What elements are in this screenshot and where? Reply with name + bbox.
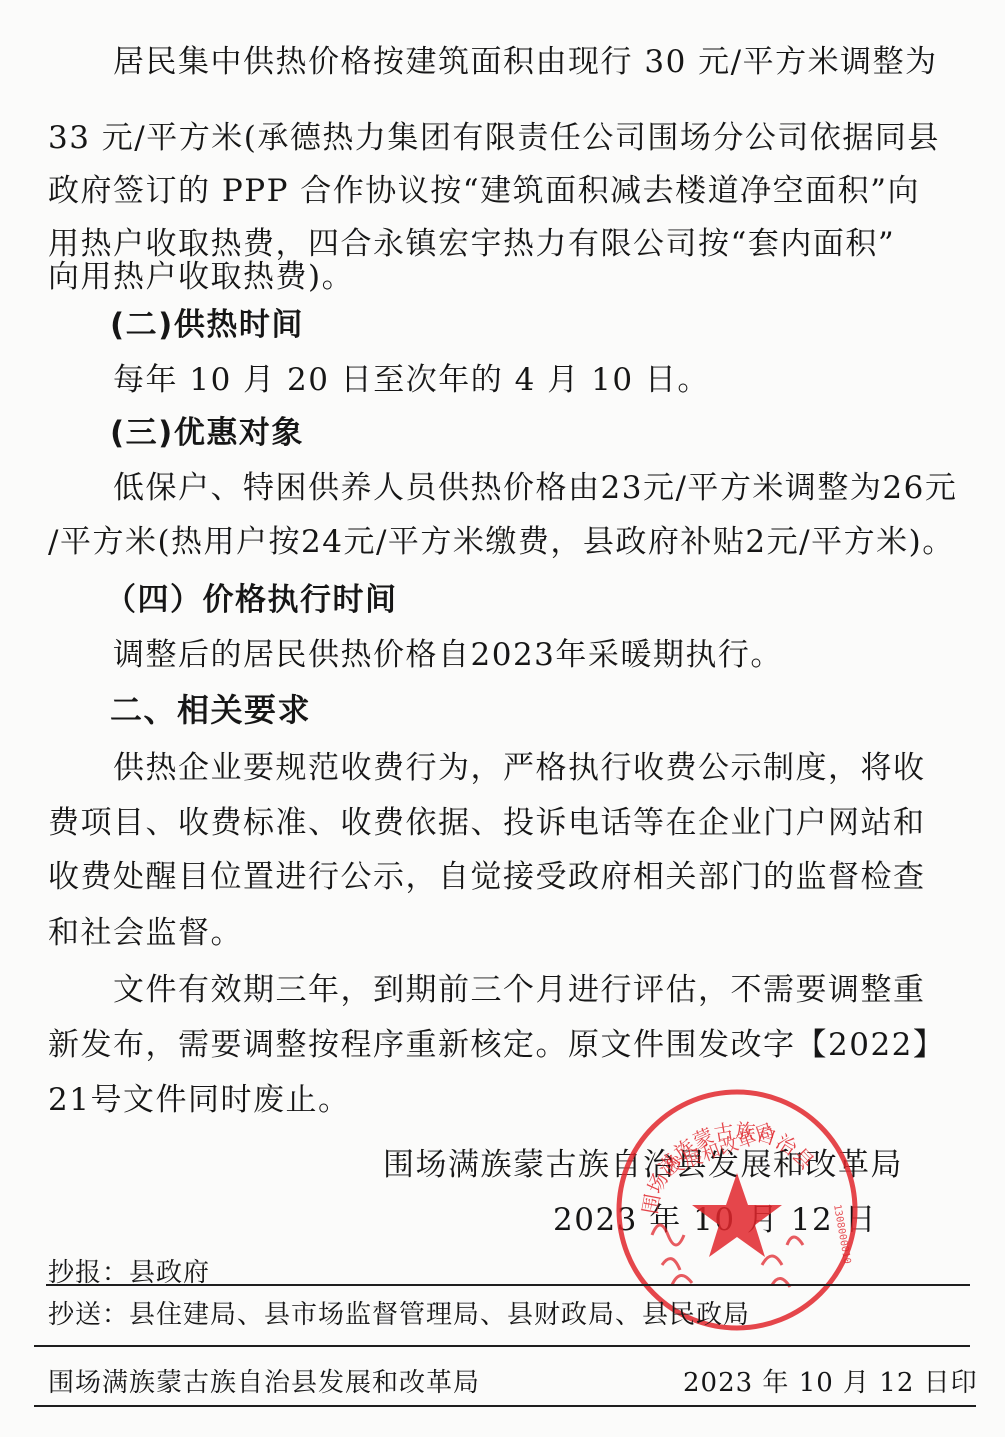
cc-send-label: 抄送： bbox=[48, 1300, 129, 1330]
paragraph-line: 供热企业要规范收费行为，严格执行收费公示制度，将收 bbox=[113, 748, 926, 788]
section-heading-effective-date: （四）价格执行时间 bbox=[105, 580, 398, 620]
paragraph-line: 文件有效期三年，到期前三个月进行评估，不需要调整重 bbox=[113, 970, 926, 1010]
section-heading-discount: (三)优惠对象 bbox=[110, 413, 304, 453]
paragraph-line: 费项目、收费标准、收费依据、投诉电话等在企业门户网站和 bbox=[48, 803, 926, 843]
paragraph-line: 和社会监督。 bbox=[48, 913, 243, 953]
part-heading-requirements: 二、相关要求 bbox=[110, 690, 311, 730]
section-heading-heating-time: (二)供热时间 bbox=[110, 305, 304, 345]
paragraph-line: 向用热户收取热费)。 bbox=[48, 257, 354, 297]
paragraph-line: 33 元/平方米(承德热力集团有限责任公司围场分公司依据同县 bbox=[48, 118, 940, 158]
divider bbox=[34, 1345, 970, 1347]
paragraph-line: 低保户、特困供养人员供热价格由23元/平方米调整为26元 bbox=[113, 468, 957, 508]
paragraph-line: 新发布，需要调整按程序重新核定。原文件围发改字【2022】 bbox=[48, 1025, 945, 1065]
divider bbox=[34, 1405, 976, 1407]
cc-send: 抄送：县住建局、县市场监督管理局、县财政局、县民政局 bbox=[48, 1298, 750, 1332]
issue-date: 2023 年 10 月 12 日 bbox=[553, 1200, 877, 1240]
section-text-effective-date: 调整后的居民供热价格自2023年采暖期执行。 bbox=[113, 635, 783, 675]
issuer-name: 围场满族蒙古族自治县发展和改革局 bbox=[383, 1145, 903, 1185]
paragraph-line: 21号文件同时废止。 bbox=[48, 1080, 350, 1120]
cc-send-value: 县住建局、县市场监督管理局、县财政局、县民政局 bbox=[129, 1300, 750, 1330]
divider bbox=[46, 1284, 970, 1286]
paragraph-line: 收费处醒目位置进行公示，自觉接受政府相关部门的监督检查 bbox=[48, 857, 926, 897]
document-page: 居民集中供热价格按建筑面积由现行 30 元/平方米调整为 33 元/平方米(承德… bbox=[0, 0, 1005, 1437]
paragraph-line: /平方米(热用户按24元/平方米缴费，县政府补贴2元/平方米)。 bbox=[48, 522, 955, 562]
print-date: 2023 年 10 月 12 日印 bbox=[683, 1366, 978, 1400]
section-text-heating-time: 每年 10 月 20 日至次年的 4 月 10 日。 bbox=[113, 360, 710, 400]
paragraph-line: 政府签订的 PPP 合作协议按“建筑面积减去楼道净空面积”向 bbox=[48, 171, 920, 211]
printer-name: 围场满族蒙古族自治县发展和改革局 bbox=[48, 1366, 480, 1400]
paragraph-line: 居民集中供热价格按建筑面积由现行 30 元/平方米调整为 bbox=[113, 42, 938, 82]
